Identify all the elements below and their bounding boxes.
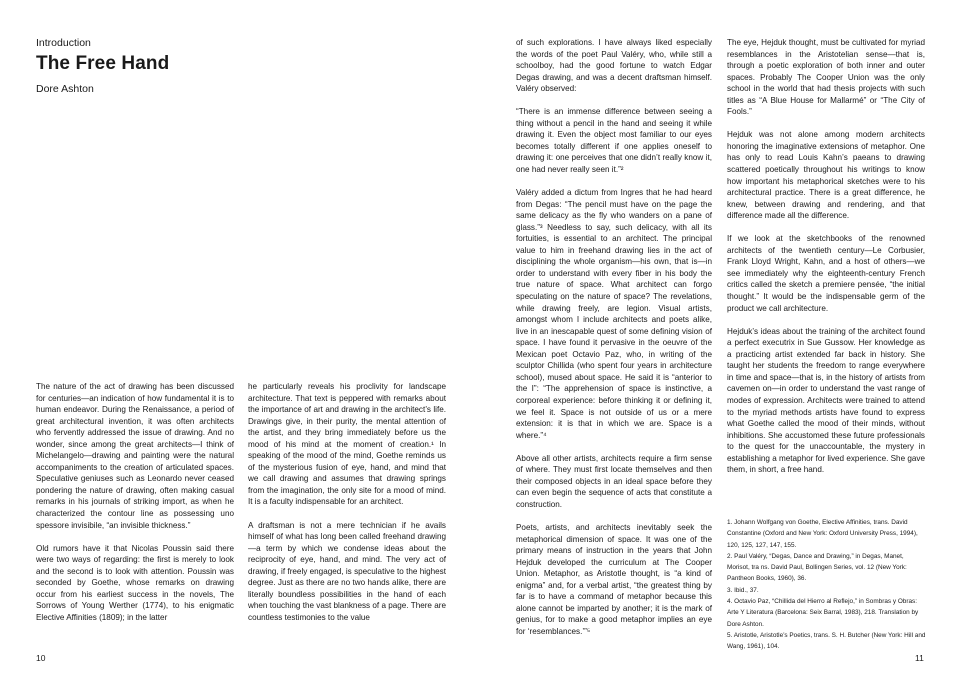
footnote: 2. Paul Valéry, “Degas, Dance and Drawin… [727, 551, 927, 585]
paragraph: The nature of the act of drawing has bee… [36, 381, 234, 531]
footnote: 1. Johann Wolfgang von Goethe, Elective … [727, 517, 927, 551]
paragraph: of such explorations. I have always like… [516, 37, 712, 95]
paragraph: Above all other artists, architects requ… [516, 453, 712, 511]
paragraph: he particularly reveals his proclivity f… [248, 381, 446, 508]
text-column-2: he particularly reveals his proclivity f… [248, 381, 446, 623]
footnotes: 1. Johann Wolfgang von Goethe, Elective … [727, 517, 927, 653]
paragraph: The eye, Hejduk thought, must be cultiva… [727, 37, 925, 118]
page-number: 10 [36, 653, 45, 663]
paragraph: Hejduk’s ideas about the training of the… [727, 326, 925, 476]
paragraph: If we look at the sketchbooks of the ren… [727, 233, 925, 314]
right-page: of such explorations. I have always like… [480, 0, 960, 691]
footnote: 4. Octavio Paz, “Chillida del Hierro al … [727, 596, 927, 630]
block-quote: “There is an immense difference between … [516, 106, 712, 175]
footnote: 3. Ibid., 37. [727, 585, 927, 596]
paragraph: Old rumors have it that Nicolas Poussin … [36, 543, 234, 624]
text-column-4: The eye, Hejduk thought, must be cultiva… [727, 37, 925, 476]
paragraph: Valéry added a dictum from Ingres that h… [516, 187, 712, 441]
paragraph: A draftsman is not a mere technician if … [248, 520, 446, 624]
left-page: Introduction The Free Hand Dore Ashton T… [0, 0, 480, 691]
section-label: Introduction [36, 37, 91, 49]
text-column-1: The nature of the act of drawing has bee… [36, 381, 234, 623]
paragraph: Poets, artists, and architects inevitabl… [516, 522, 712, 637]
chapter-title: The Free Hand [36, 53, 169, 75]
page-number: 11 [915, 653, 924, 663]
paragraph: Hejduk was not alone among modern archit… [727, 129, 925, 221]
text-column-3: of such explorations. I have always like… [516, 37, 712, 637]
author-name: Dore Ashton [36, 83, 94, 95]
footnote: 5. Aristotle, Aristotle’s Poetics, trans… [727, 630, 927, 653]
